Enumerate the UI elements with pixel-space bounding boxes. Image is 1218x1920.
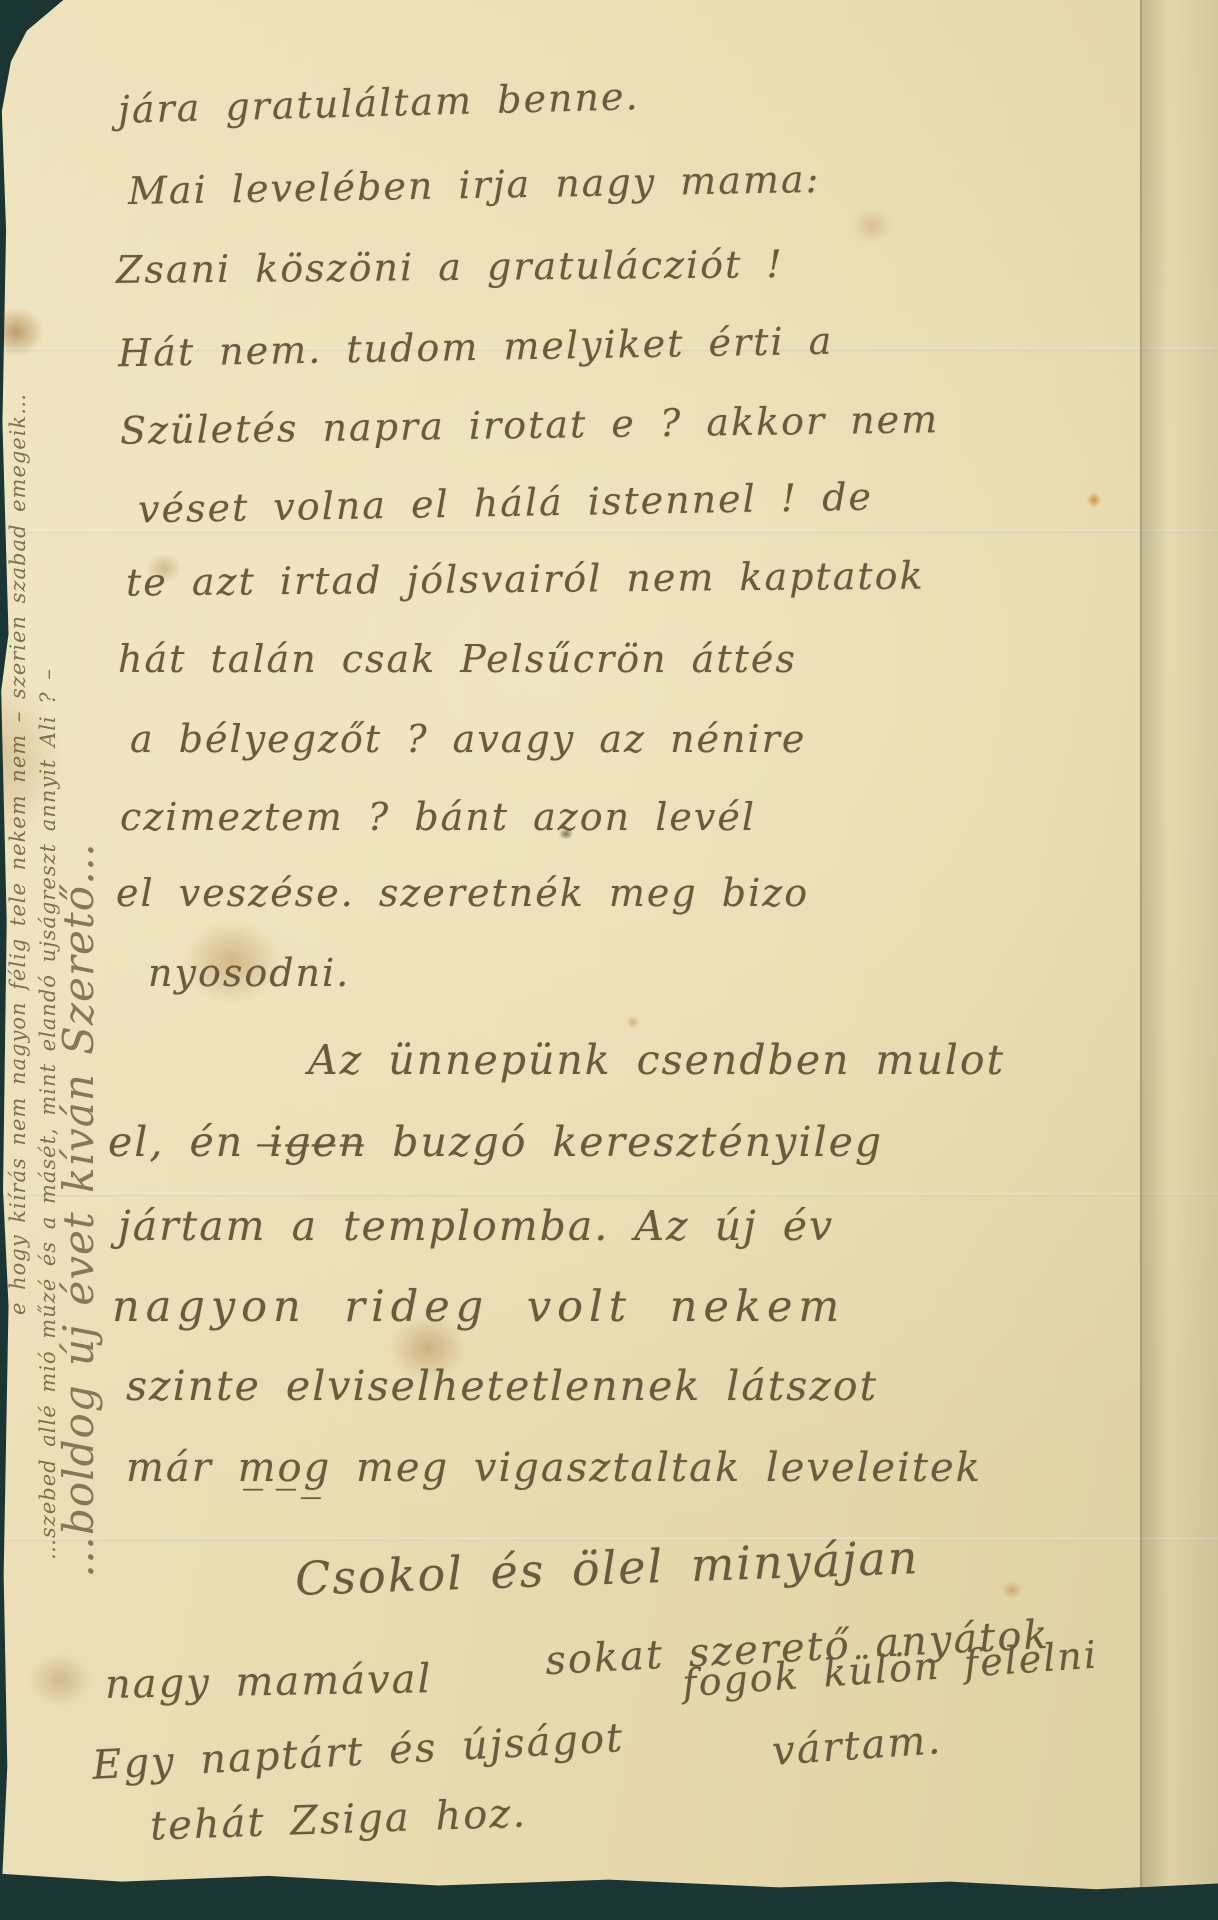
closing-note-bottom: tehát Zsiga hoz.	[149, 1793, 527, 1846]
closing-note-waited: vártam.	[771, 1720, 944, 1772]
letter-line: te azt irtad jólsvairól nem kaptatok	[126, 557, 925, 602]
fold-crease	[0, 1193, 1218, 1196]
letter-line: nagyon rideg volt nekem	[112, 1286, 845, 1329]
letter-line: el, én i̶g̶e̶n̶ buzgó keresztényileg	[108, 1122, 883, 1163]
closing-embrace-line: Csokol és ölel minyájan	[294, 1534, 920, 1602]
letter-line: már m̲o̲g̲ meg vigasztaltak leveleitek	[126, 1448, 982, 1488]
letter-line: jártam a templomba. Az új év	[118, 1206, 834, 1247]
letter-line: Hát nem. tudom melyiket érti a	[118, 322, 834, 372]
letter-line: Zsani köszöni a gratulácziót !	[116, 245, 784, 289]
letter-line: Mai levelében irja nagy mama:	[128, 160, 821, 210]
letter-line: nyosodni.	[148, 954, 350, 992]
letter-page: jára gratuláltam benne. Mai levelében ir…	[0, 0, 1218, 1920]
letter-line: el veszése. szeretnék meg bizo	[116, 874, 809, 912]
closing-note-left: Egy naptárt és újságot	[91, 1718, 625, 1786]
margin-note: e hogy kiírás nem nagyon félig tele neke…	[6, 393, 30, 1315]
margin-note-large: …boldog új évet kíván Szerető…	[54, 842, 103, 1578]
letter-line: a bélyegzőt ? avagy az nénire	[130, 720, 806, 758]
letter-line: jára gratuláltam benne.	[118, 77, 640, 129]
letter-line: hát talán csak Pelsűcrön áttés	[118, 640, 797, 678]
letter-line: Születés napra irotat e ? akkor nem	[120, 400, 940, 449]
closing-signature-left: nagy mamával	[105, 1659, 433, 1705]
letter-line: czimeztem ? bánt azon levél	[120, 798, 756, 836]
vertical-fold-edge	[1140, 0, 1218, 1920]
letter-line: Az ünnepünk csendben mulot	[308, 1040, 1005, 1081]
letter-line: véset volna el hálá istennel ! de	[138, 478, 874, 529]
letter-line: szinte elviselhetetlennek látszot	[126, 1366, 878, 1407]
